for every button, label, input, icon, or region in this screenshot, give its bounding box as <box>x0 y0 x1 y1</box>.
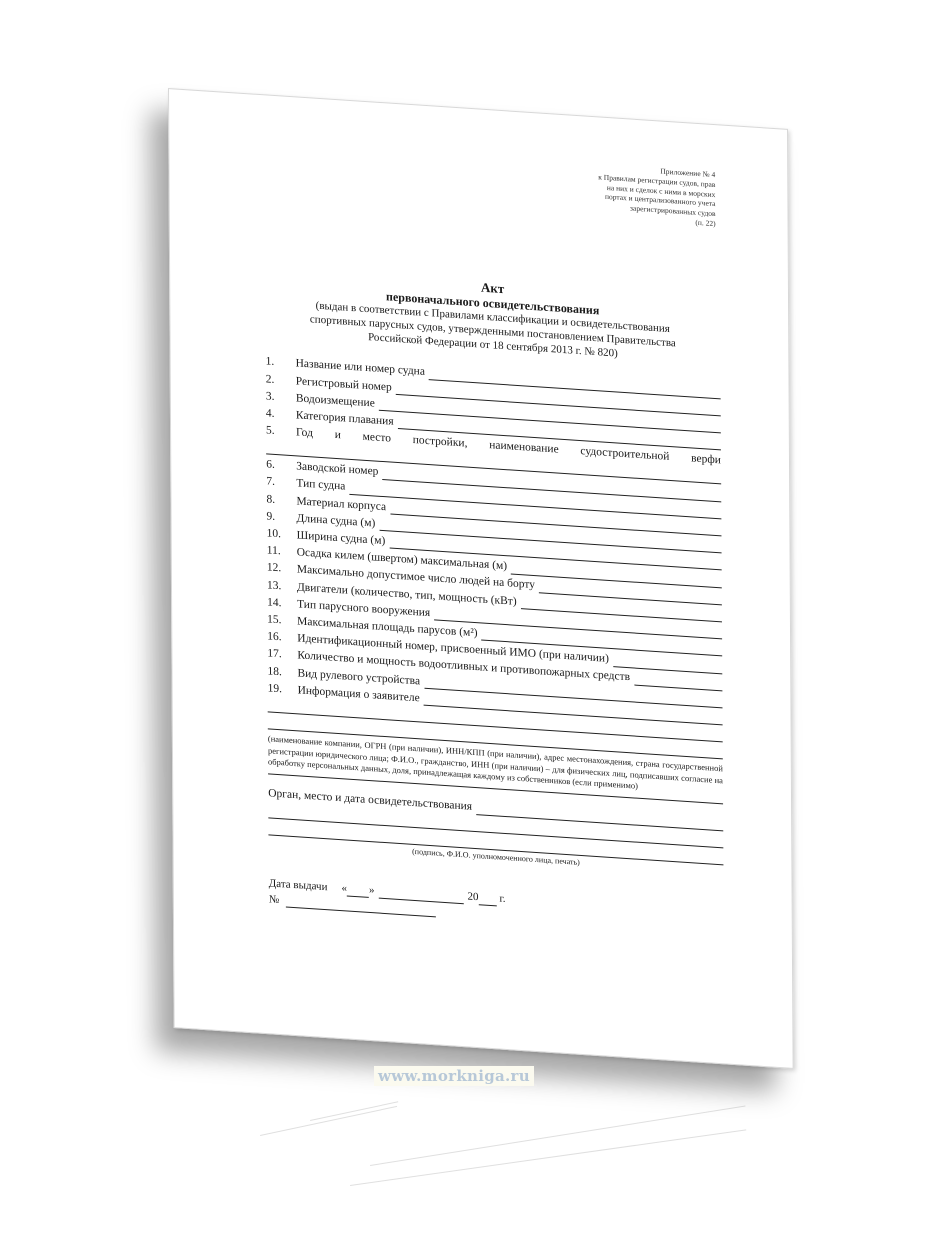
field-number: 7. <box>266 475 296 491</box>
field-number: 4. <box>266 406 296 422</box>
field-number: 13. <box>267 578 297 594</box>
field-number: 2. <box>266 372 296 388</box>
field-number: 3. <box>266 389 296 405</box>
page-perspective: Приложение № 4 к Правилам регистрации су… <box>0 0 931 1249</box>
field-label-word: место <box>363 430 391 446</box>
form-fields-list: 1.Название или номер судна2.Регистровый … <box>266 352 723 726</box>
field-number: 14. <box>267 595 297 611</box>
document-page: Приложение № 4 к Правилам регистрации су… <box>168 88 794 1069</box>
field-number: 11. <box>267 544 297 560</box>
field-number: 9. <box>266 509 296 525</box>
field-number: 5. <box>266 423 296 439</box>
quote-close: » <box>369 884 375 898</box>
reflection-line <box>310 1101 398 1121</box>
field-number: 18. <box>267 664 297 680</box>
field-number: 6. <box>266 458 296 474</box>
mockup-stage: Приложение № 4 к Правилам регистрации су… <box>0 0 931 1249</box>
issue-year-field[interactable] <box>478 893 496 906</box>
year-prefix: 20 <box>467 890 478 904</box>
field-number: 19. <box>268 681 298 697</box>
reflection-line <box>260 1106 397 1136</box>
field-number: 8. <box>266 492 296 508</box>
page-reflection <box>250 1075 750 1195</box>
field-label-word: Год <box>296 425 313 440</box>
document-number-label: № <box>269 893 280 907</box>
field-label-word: и <box>335 428 341 443</box>
field-label-word: верфи <box>691 451 721 467</box>
field-number: 10. <box>267 526 297 542</box>
issue-date-label: Дата выдачи <box>269 877 328 895</box>
title-block: Акт первоначального освидетельствования … <box>265 265 720 368</box>
issue-day-field[interactable] <box>347 884 369 897</box>
field-number: 12. <box>267 561 297 577</box>
field-number: 17. <box>267 647 297 663</box>
document-body: Акт первоначального освидетельствования … <box>264 155 724 936</box>
watermark: www.morkniga.ru <box>374 1066 534 1086</box>
year-suffix: г. <box>499 892 505 906</box>
field-number: 1. <box>266 355 296 371</box>
field-number: 16. <box>267 629 297 645</box>
field-number: 15. <box>267 612 297 628</box>
reflection-line <box>370 1106 745 1166</box>
